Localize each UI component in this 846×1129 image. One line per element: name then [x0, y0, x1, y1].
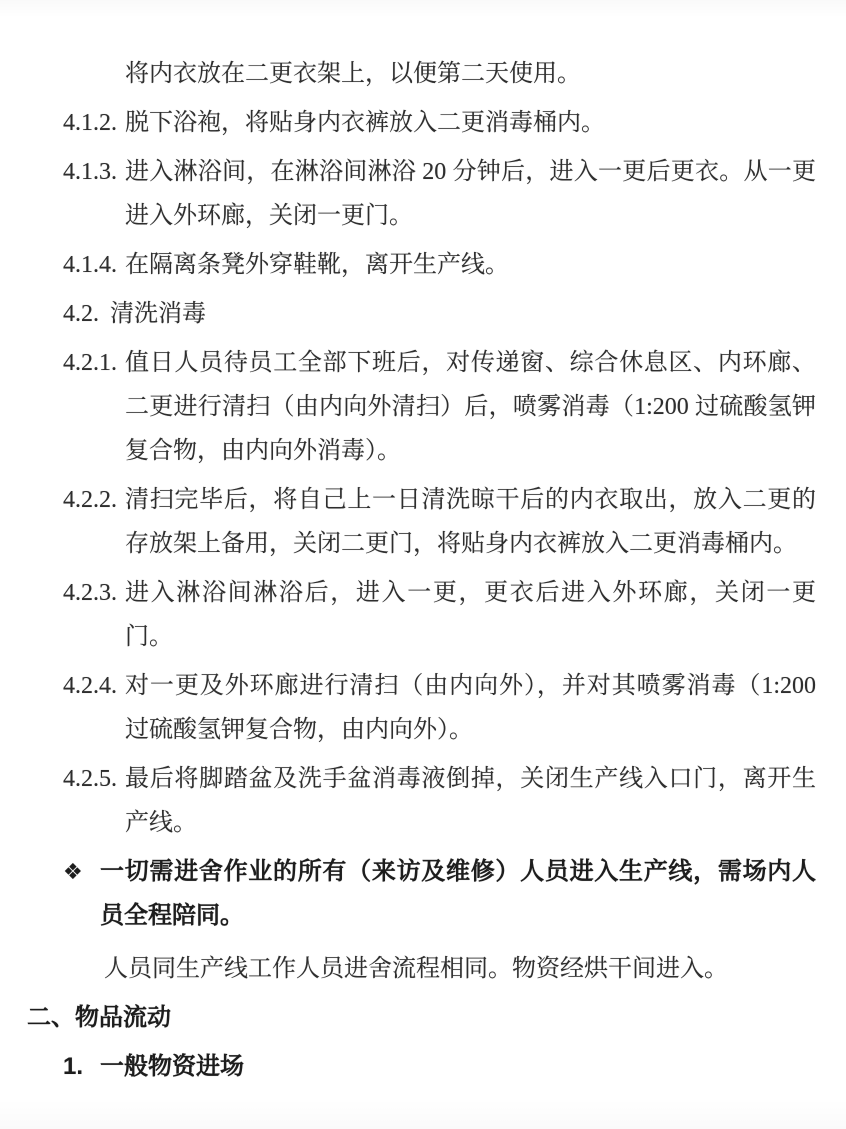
- item-text: 一般物资进场: [100, 1045, 816, 1089]
- note-text: 人员同生产线工作人员进舍流程相同。物资经烘干间进入。: [104, 956, 728, 982]
- numbered-list-item: 4.1.2.脱下浴袍，将贴身内衣裤放入二更消毒桶内。: [0, 101, 816, 145]
- continuation-line: 将内衣放在二更衣架上，以便第二天使用。: [0, 52, 816, 96]
- bold-numbered-item: 1.一般物资进场: [0, 1045, 816, 1089]
- item-text: 清扫完毕后，将自己上一日清洗晾干后的内衣取出，放入二更的存放架上备用，关闭二更门…: [125, 478, 816, 566]
- document-page: 将内衣放在二更衣架上，以便第二天使用。4.1.2.脱下浴袍，将贴身内衣裤放入二更…: [0, 0, 846, 1129]
- item-number: 4.2.3.: [63, 571, 125, 659]
- numbered-list-item: 4.2.3.进入淋浴间淋浴后，进入一更，更衣后进入外环廊，关闭一更门。: [0, 571, 816, 659]
- item-number: 4.2.4.: [63, 664, 125, 752]
- continuation-text: 将内衣放在二更衣架上，以便第二天使用。: [125, 61, 581, 87]
- item-number: 4.1.4.: [63, 243, 125, 287]
- note-paragraph: 人员同生产线工作人员进舍流程相同。物资经烘干间进入。: [0, 947, 816, 991]
- item-text: 进入淋浴间，在淋浴间淋浴 20 分钟后，进入一更后更衣。从一更进入外环廊，关闭一…: [125, 150, 816, 238]
- bullet-text: 一切需进舍作业的所有（来访及维修）人员进入生产线，需场内人员全程陪同。: [100, 850, 816, 938]
- numbered-list-item: 4.1.4.在隔离条凳外穿鞋靴，离开生产线。: [0, 243, 816, 287]
- item-text: 最后将脚踏盆及洗手盆消毒液倒掉，关闭生产线入口门，离开生产线。: [125, 757, 816, 845]
- item-text: 进入淋浴间淋浴后，进入一更，更衣后进入外环廊，关闭一更门。: [125, 571, 816, 659]
- item-number: 1.: [63, 1045, 100, 1089]
- numbered-list-item: 4.1.3.进入淋浴间，在淋浴间淋浴 20 分钟后，进入一更后更衣。从一更进入外…: [0, 150, 816, 238]
- diamond-bullet-icon: ❖: [63, 850, 100, 938]
- item-text: 值日人员待员工全部下班后，对传递窗、综合休息区、内环廊、二更进行清扫（由内向外清…: [125, 341, 816, 473]
- chapter-heading: 二、物品流动: [0, 996, 816, 1040]
- section-number: 4.2.: [63, 301, 99, 327]
- item-text: 对一更及外环廊进行清扫（由内向外），并对其喷雾消毒（1:200 过硫酸氢钾复合物…: [125, 664, 816, 752]
- chapter-heading-text: 二、物品流动: [27, 1004, 171, 1031]
- item-number: 4.2.1.: [63, 341, 125, 473]
- section-title: 清洗消毒: [110, 301, 206, 327]
- diamond-bullet-item: ❖一切需进舍作业的所有（来访及维修）人员进入生产线，需场内人员全程陪同。: [0, 850, 816, 938]
- numbered-list-item: 4.2.4.对一更及外环廊进行清扫（由内向外），并对其喷雾消毒（1:200 过硫…: [0, 664, 816, 752]
- item-number: 4.2.2.: [63, 478, 125, 566]
- item-number: 4.1.3.: [63, 150, 125, 238]
- numbered-list-item: 4.2.1.值日人员待员工全部下班后，对传递窗、综合休息区、内环廊、二更进行清扫…: [0, 341, 816, 473]
- item-text: 在隔离条凳外穿鞋靴，离开生产线。: [125, 243, 816, 287]
- item-text: 脱下浴袍，将贴身内衣裤放入二更消毒桶内。: [125, 101, 816, 145]
- item-number: 4.1.2.: [63, 101, 125, 145]
- numbered-list-item: 4.2.2.清扫完毕后，将自己上一日清洗晾干后的内衣取出，放入二更的存放架上备用…: [0, 478, 816, 566]
- section-heading: 4.2.清洗消毒: [0, 292, 816, 336]
- numbered-list-item: 4.2.5.最后将脚踏盆及洗手盆消毒液倒掉，关闭生产线入口门，离开生产线。: [0, 757, 816, 845]
- document-body: 将内衣放在二更衣架上，以便第二天使用。4.1.2.脱下浴袍，将贴身内衣裤放入二更…: [0, 0, 846, 1089]
- item-number: 4.2.5.: [63, 757, 125, 845]
